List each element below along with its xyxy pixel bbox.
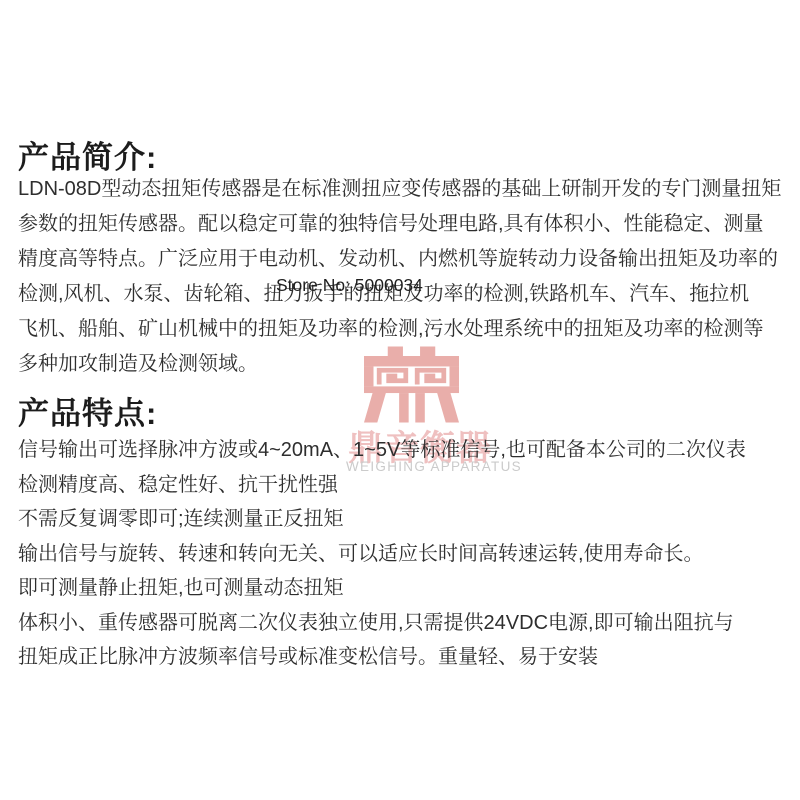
feature-line: 检测精度高、稳定性好、抗干扰性强 xyxy=(18,468,746,503)
feature-line: 不需反复调零即可;连续测量正反扭矩 xyxy=(18,502,746,537)
intro-heading: 产品简介: xyxy=(18,132,157,177)
feature-line: 信号输出可选择脉冲方波或4~20mA、1~5V等标准信号,也可配备本公司的二次仪… xyxy=(18,433,746,468)
intro-line: 飞机、船舶、矿山机械中的扭矩及功率的检测,污水处理系统中的扭矩及功率的检测等 xyxy=(18,312,781,347)
feature-line: 即可测量静止扭矩,也可测量动态扭矩 xyxy=(18,571,746,606)
feature-line: 扭矩成正比脉冲方波频率信号或标准变松信号。重量轻、易于安装 xyxy=(18,640,746,675)
feature-line: 输出信号与旋转、转速和转向无关、可以适应长时间高转速运转,使用寿命长。 xyxy=(18,537,746,572)
feature-line: 体积小、重传感器可脱离二次仪表独立使用,只需提供24VDC电源,即可输出阻抗与 xyxy=(18,606,746,641)
store-number-overlay: Store No: 5000034 xyxy=(276,275,423,296)
features-heading: 产品特点: xyxy=(18,388,157,433)
intro-line: 参数的扭矩传感器。配以稳定可靠的独特信号处理电路,具有体积小、性能稳定、测量 xyxy=(18,207,781,242)
intro-line: 多种加攻制造及检测领域。 xyxy=(18,347,781,382)
features-list: 信号输出可选择脉冲方波或4~20mA、1~5V等标准信号,也可配备本公司的二次仪… xyxy=(18,433,746,675)
intro-line: LDN-08D型动态扭矩传感器是在标准测扭应变传感器的基础上研制开发的专门测量扭… xyxy=(18,172,781,207)
intro-line: 精度高等特点。广泛应用于电动机、发动机、内燃机等旋转动力设备输出扭矩及功率的 xyxy=(18,242,781,277)
